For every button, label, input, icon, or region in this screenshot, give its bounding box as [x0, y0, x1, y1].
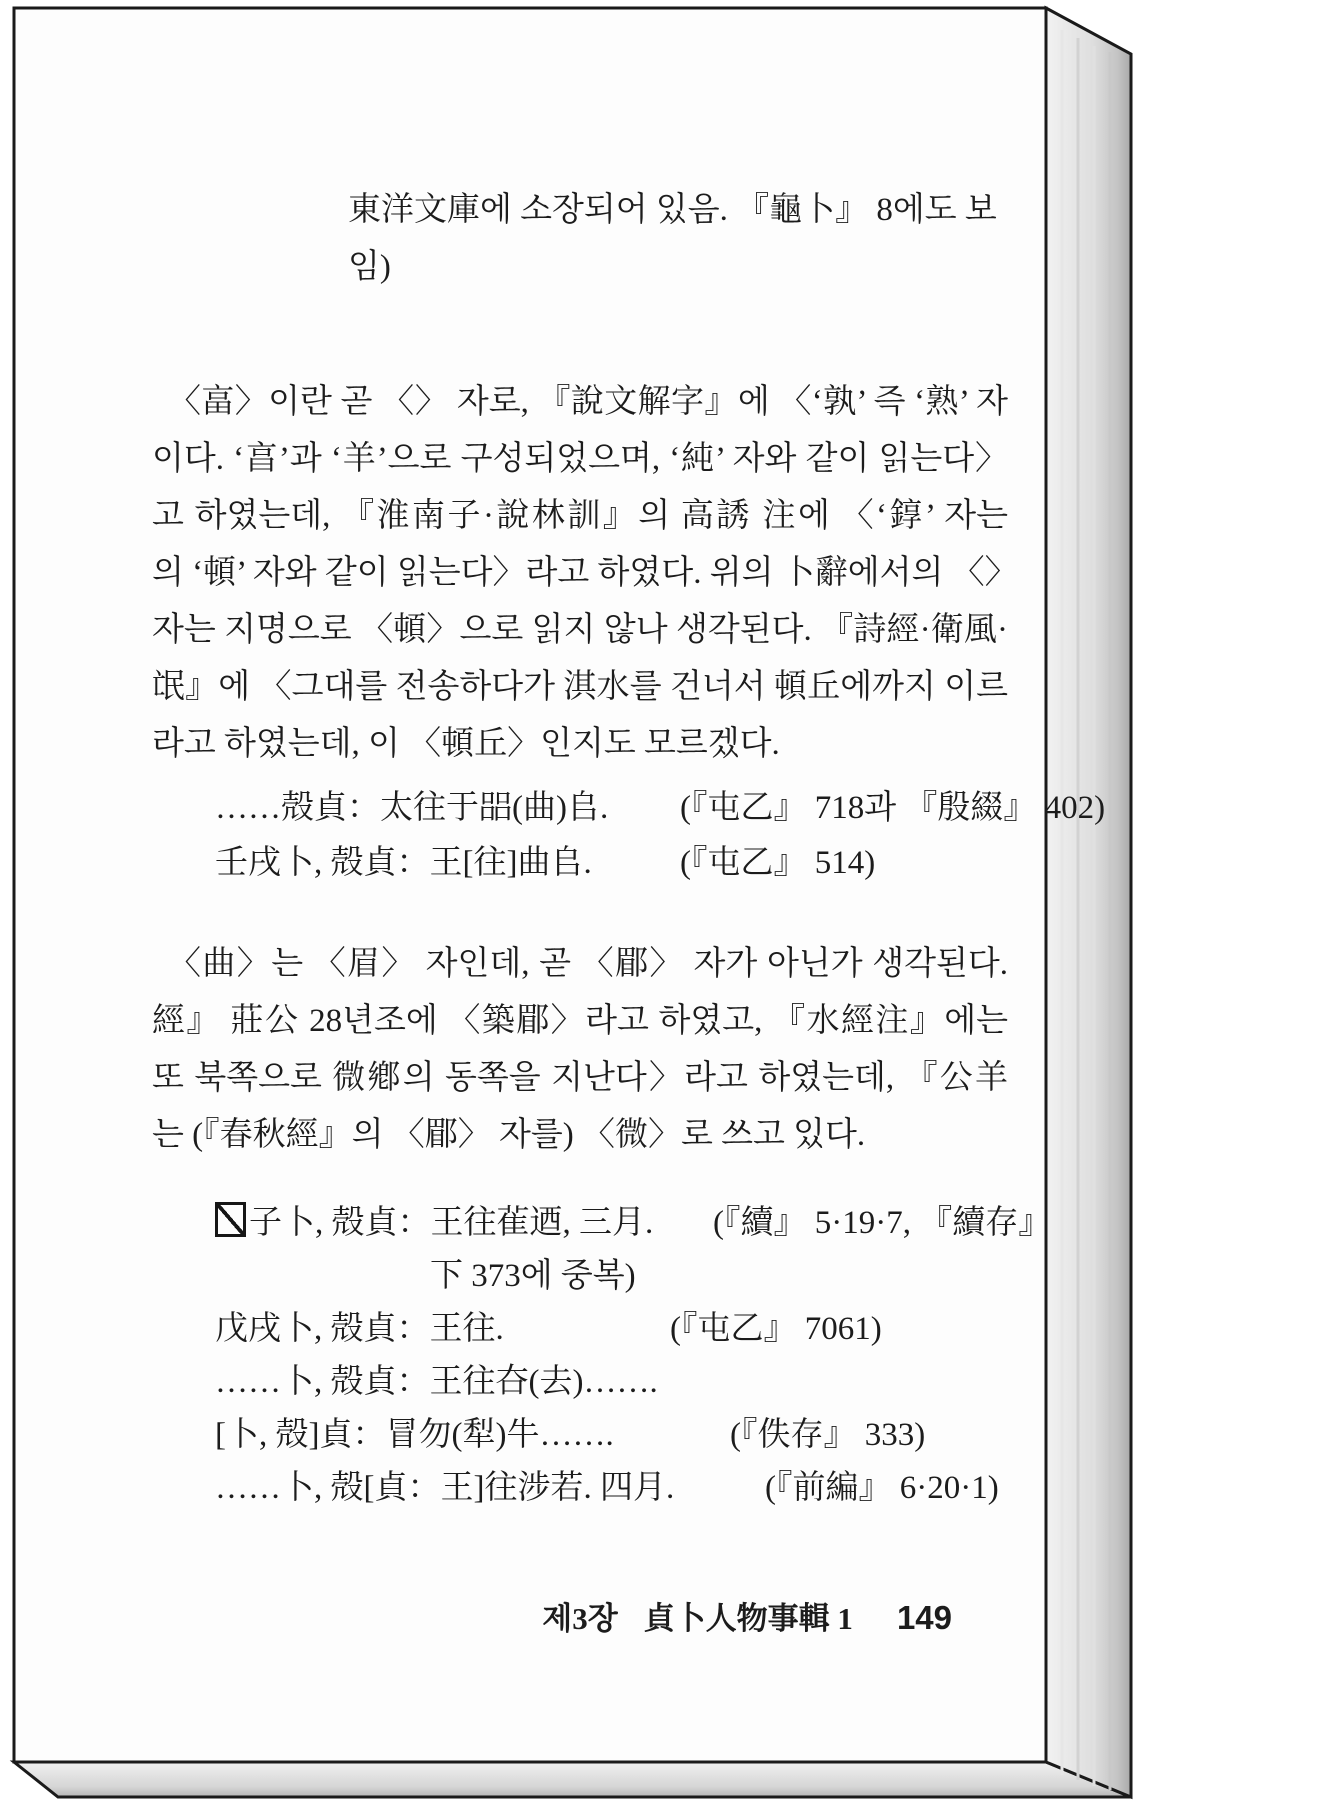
text-line: 라고 하였는데, 이 〈頓丘〉인지도 모르겠다. — [152, 716, 1008, 773]
chapter-title: 貞卜人物事輯 1 — [644, 1601, 853, 1636]
citation-ref: (『前編』 6·20·1) — [765, 1462, 999, 1515]
text-line: 고 하였는데, 『淮南子·說林訓』의 高誘 注에 〈‘錞’ 자는 ‘頓首’ — [152, 488, 1008, 545]
citation-row-continuation: 下 373에 중복) — [215, 1250, 674, 1303]
citation-text: ……殻貞：太往于㗊(曲)𠂤. — [215, 790, 608, 826]
citation-block-1: ……殻貞：太往于㗊(曲)𠂤. (『屯乙』 718과 『殷綴』 402) 壬戌卜,… — [215, 781, 608, 891]
citation-ref: (『屯乙』 718과 『殷綴』 402) — [680, 781, 1105, 836]
citation-text: ……卜, 殻[貞：王]往涉若. 四月. — [215, 1470, 674, 1506]
citation-row: 壬戌卜, 殻貞：王[往]曲𠂤. (『屯乙』 514) — [215, 836, 608, 891]
text-line: 〈曲〉는 〈眉〉 자인데, 곧 〈郿〉 자가 아닌가 생각된다. 『春秋 — [152, 936, 1008, 993]
citation-ref: (『屯乙』 7061) — [670, 1303, 882, 1356]
citation-text: 子卜, 殻貞：王往雈迺, 三月. — [249, 1205, 653, 1241]
citation-row: [卜, 殻]貞：冒勿(犁)牛……. (『佚存』 333) — [215, 1409, 674, 1462]
citation-ref: (『佚存』 333) — [730, 1409, 925, 1462]
paragraph-1: 〈畗〉이란 곧 〈𦎧〉 자로, 『說文解字』에 〈‘孰’ 즉 ‘熟’ 자의 뜻 … — [152, 374, 1008, 773]
citation-block-2: 子卜, 殻貞：王往雈迺, 三月. (『續』 5·19·7, 『續存』 下 373… — [215, 1197, 674, 1515]
citation-text: 戊戌卜, 殻貞：王往. — [215, 1311, 504, 1347]
text-line: 임) — [348, 239, 997, 296]
page-number: 149 — [897, 1599, 952, 1636]
text-line: 氓』에 〈그대를 전송하다가 淇水를 건너서 頓丘에까지 이르렀다〉 — [152, 659, 1008, 716]
text-line: 〈畗〉이란 곧 〈𦎧〉 자로, 『說文解字』에 〈‘孰’ 즉 ‘熟’ 자의 뜻 — [152, 374, 1008, 431]
text-line: 이다. ‘亯’과 ‘羊’으로 구성되었으며, ‘純’ 자와 같이 읽는다〉라 — [152, 431, 1008, 488]
scanned-book-page: 東洋文庫에 소장되어 있음. 『龜卜』 8에도 보 임) 〈畗〉이란 곧 〈𦎧〉… — [0, 0, 1342, 1806]
citation-row: 子卜, 殻貞：王往雈迺, 三月. (『續』 5·19·7, 『續存』 — [215, 1197, 674, 1250]
lacuna-box-slash-icon — [215, 1202, 246, 1237]
citation-text: ……卜, 殻貞：王往夻(去)……. — [215, 1364, 658, 1400]
page-footer: 제3장貞卜人物事輯 1149 — [0, 1593, 952, 1638]
text-line: 東洋文庫에 소장되어 있음. 『龜卜』 8에도 보 — [348, 182, 997, 239]
citation-row: 戊戌卜, 殻貞：王往. (『屯乙』 7061) — [215, 1303, 674, 1356]
citation-ref: (『續』 5·19·7, 『續存』 — [713, 1197, 1051, 1250]
citation-ref: (『屯乙』 514) — [680, 836, 875, 891]
citation-text: [卜, 殻]貞：冒勿(犁)牛……. — [215, 1417, 614, 1453]
citation-row: ……卜, 殻[貞：王]往涉若. 四月. (『前編』 6·20·1) — [215, 1462, 674, 1515]
carryover-note: 東洋文庫에 소장되어 있음. 『龜卜』 8에도 보 임) — [348, 182, 997, 296]
citation-row: ……殻貞：太往于㗊(曲)𠂤. (『屯乙』 718과 『殷綴』 402) — [215, 781, 608, 836]
paragraph-2: 〈曲〉는 〈眉〉 자인데, 곧 〈郿〉 자가 아닌가 생각된다. 『春秋 經』 … — [152, 936, 1008, 1164]
page-text-layer: 東洋文庫에 소장되어 있음. 『龜卜』 8에도 보 임) 〈畗〉이란 곧 〈𦎧〉… — [0, 0, 1342, 1806]
text-line: 經』 莊公 28년조에 〈築郿〉라고 하였고, 『水經注』에는 〈濟水는 — [152, 993, 1008, 1050]
text-line: 는 (『春秋經』의 〈郿〉 자를) 〈微〉로 쓰고 있다. — [152, 1107, 1008, 1164]
citation-text: 下 373에 중복) — [430, 1258, 636, 1294]
citation-text: 壬戌卜, 殻貞：王[往]曲𠂤. — [215, 845, 592, 881]
text-line: 자는 지명으로 〈頓〉으로 읽지 않나 생각된다. 『詩經·衛風· — [152, 602, 1008, 659]
text-line: 또 북쪽으로 微鄕의 동쪽을 지난다〉라고 하였는데, 『公羊傳』에 — [152, 1050, 1008, 1107]
text-line: 의 ‘頓’ 자와 같이 읽는다〉라고 하였다. 위의 卜辭에서의 〈𦎧〉 — [152, 545, 1008, 602]
citation-row: ……卜, 殻貞：王往夻(去)……. — [215, 1356, 674, 1409]
chapter-label: 제3장 — [542, 1601, 617, 1636]
